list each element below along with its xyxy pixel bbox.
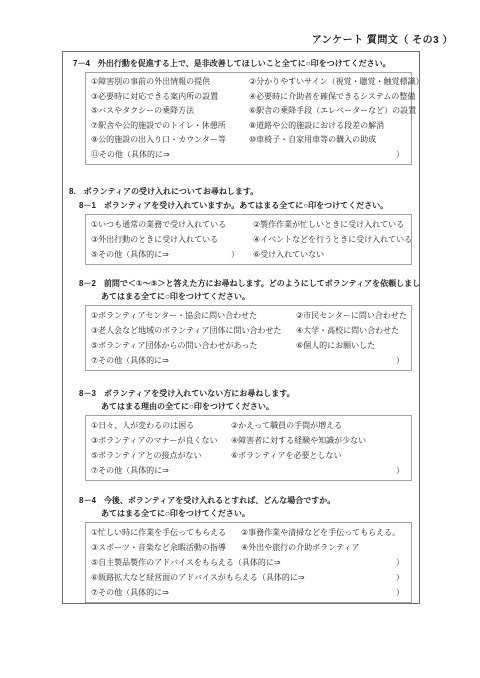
option-item: ④障害者に対する経験や知識が少ない	[231, 433, 406, 448]
option-row: ①忙しい時に作業を手伝ってもらえる ②事務作業や清掃などを手伝ってもらえる。	[91, 525, 406, 540]
write-in-blank	[281, 555, 396, 570]
section-8-3: 8－3 ボランティアを受け入れていない方にお尋ねします。 あてはまる理由の全てに…	[63, 387, 419, 481]
option-item: ⑥販路拡大など経営面のアドバイスがもらえる（具体的に⇒	[91, 570, 305, 585]
option-row: ①障害別の事前の外出情報の提供 ②分かりやすいサイン（視覚・聴覚・触覚標識）	[91, 75, 406, 90]
option-item: ⑥駅舎の乗降手段（エレベーターなど）の設置	[249, 104, 416, 119]
option-item: ②市民センターに問い合わせた	[296, 308, 407, 323]
option-row: ③必要時に対応できる案内所の設置 ④必要時に介助者を確保できるシステムの整備	[91, 90, 406, 105]
section-7-4: 7－4 外出行動を促進する上で、是非改善してほしいこと全てに○印をつけてください…	[63, 57, 419, 165]
close-paren: ）	[396, 555, 404, 570]
option-item: ④外出や旅行の介助ボランティア	[241, 540, 406, 555]
write-in-blank	[169, 585, 396, 600]
question-8-3-heading-line2: あてはまる理由の全てに○印をつけてください。	[101, 400, 419, 413]
option-item: ⑦駅舎や公的施設でのトイレ・休憩所	[91, 119, 249, 134]
option-item: ②製作作業が忙しいときに受け入れている	[253, 217, 406, 232]
option-item: ⑧道路や公的施設における段差の解消	[249, 119, 406, 134]
question-8-1-options-box: ①いつも通常の業務で受け入れている ②製作作業が忙しいときに受け入れている ③外…	[85, 214, 412, 265]
option-item: ⑤その他（具体的に⇒	[91, 247, 169, 262]
option-row-other: ⑦その他（具体的に⇒ ）	[91, 353, 406, 368]
write-in-blank	[169, 353, 396, 368]
option-item: ②事務作業や清掃などを手伝ってもらえる。	[241, 525, 406, 540]
option-row: ③ボランティアのマナーが良くない ④障害者に対する経験や知識が少ない	[91, 433, 406, 448]
question-8-2-heading-line1: 8－2 前問で＜①～⑤＞と答えた方にお尋ねします。どのようにしてボランティアを依…	[79, 277, 419, 290]
close-paren: ）	[396, 148, 404, 163]
option-row: ①いつも通常の業務で受け入れている ②製作作業が忙しいときに受け入れている	[91, 217, 406, 232]
question-8-3-heading-line1: 8－3 ボランティアを受け入れていない方にお尋ねします。	[79, 387, 419, 400]
question-8-2-heading-line2: あてはまる全てに○印をつけてください。	[101, 290, 419, 303]
close-paren: ）	[231, 247, 239, 262]
option-item-with-blank: ⑤その他（具体的に⇒ ）	[91, 247, 253, 262]
option-item: ①忙しい時に作業を手伝ってもらえる	[91, 525, 241, 540]
option-item: ⑥受け入れていない	[253, 247, 406, 262]
close-paren: ）	[396, 570, 404, 585]
option-item: ⑦その他（具体的に⇒	[91, 585, 169, 600]
option-item: ⑤ボランティアとの接点がない	[91, 448, 231, 463]
question-8-3-options-box: ①日々、人が変わるのは困る ②かえって職員の手間が増える ③ボランティアのマナー…	[85, 415, 412, 481]
option-row: ①日々、人が変わるのは困る ②かえって職員の手間が増える	[91, 418, 406, 433]
option-item: ③ボランティアのマナーが良くない	[91, 433, 231, 448]
question-8-1-heading: 8－1 ボランティアを受け入れていますか。あてはまる全てに○印をつけてください。	[79, 199, 419, 212]
option-item: ⑤ボランティア団体からの問い合わせがあった	[91, 338, 296, 353]
option-row: ⑤ボランティア団体からの問い合わせがあった ⑥個人的にお願いした	[91, 338, 406, 353]
option-item: ⑥ボランティアを必要としない	[231, 448, 406, 463]
option-row: ⑨公的施設の出入り口・カウンター等 ⑩車椅子・自家用車等の購入の助成	[91, 133, 406, 148]
option-row: ⑤バスやタクシーの乗降方法 ⑥駅舎の乗降手段（エレベーターなど）の設置	[91, 104, 406, 119]
option-item: ⑦その他（具体的に⇒	[91, 463, 169, 478]
page-title: アンケート 質問文（ その3 ）	[0, 34, 480, 47]
option-item: ④イベントなどを行うときに受け入れている	[253, 232, 412, 247]
option-item: ③スポーツ・音楽など余暇活動の指導	[91, 540, 241, 555]
close-paren: ）	[396, 585, 404, 600]
question-8-2-options-box: ①ボランティアセンター・協会に問い合わせた ②市民センターに問い合わせた ③老人…	[85, 305, 412, 371]
close-paren: ）	[396, 353, 404, 368]
option-item: ②分かりやすいサイン（視覚・聴覚・触覚標識）	[249, 75, 420, 90]
section-8-4: 8－4 今後、ボランティアを受け入れるとすれば、どんな場合ですか。 あてはまる全…	[63, 494, 419, 603]
questionnaire-page: アンケート 質問文（ その3 ） 7－4 外出行動を促進する上で、是非改善してほ…	[0, 0, 480, 678]
option-item: ⑩車椅子・自家用車等の購入の助成	[249, 133, 406, 148]
option-item: ①日々、人が変わるのは困る	[91, 418, 231, 433]
option-item: ⑥個人的にお願いした	[296, 338, 406, 353]
option-row: ③外出行動のときに受け入れている ④イベントなどを行うときに受け入れている	[91, 232, 406, 247]
option-item: ③外出行動のときに受け入れている	[91, 232, 253, 247]
close-paren: ）	[396, 463, 404, 478]
option-row: ⑤ボランティアとの接点がない ⑥ボランティアを必要としない	[91, 448, 406, 463]
option-row-other: ⑦その他（具体的に⇒ ）	[91, 585, 406, 600]
option-item: ①ボランティアセンター・協会に問い合わせた	[91, 308, 296, 323]
section-8-2: 8－2 前問で＜①～⑤＞と答えた方にお尋ねします。どのようにしてボランティアを依…	[63, 277, 419, 371]
option-item: ⑤バスやタクシーの乗降方法	[91, 104, 249, 119]
question-8-4-heading-line1: 8－4 今後、ボランティアを受け入れるとすれば、どんな場合ですか。	[79, 494, 419, 507]
option-item: ③老人会など地域のボランティア団体に問い合わせた	[91, 323, 296, 338]
section-8: 8. ボランティアの受け入れについてお尋ねします。	[63, 185, 419, 198]
question-8-4-options-box: ①忙しい時に作業を手伝ってもらえる ②事務作業や清掃などを手伝ってもらえる。 ③…	[85, 522, 412, 603]
option-row: ③老人会など地域のボランティア団体に問い合わせた ④大学・高校に問い合わせた	[91, 323, 406, 338]
option-row: ③スポーツ・音楽など余暇活動の指導 ④外出や旅行の介助ボランティア	[91, 540, 406, 555]
option-item: ③必要時に対応できる案内所の設置	[91, 90, 249, 105]
option-item: ⑤自主製品製作のアドバイスをもらえる（具体的に⇒	[91, 555, 281, 570]
question-7-4-heading: 7－4 外出行動を促進する上で、是非改善してほしいこと全てに○印をつけてください…	[73, 57, 419, 70]
write-in-blank	[169, 463, 396, 478]
option-row-other: ⑥販路拡大など経営面のアドバイスがもらえる（具体的に⇒ ）	[91, 570, 406, 585]
question-8-heading: 8. ボランティアの受け入れについてお尋ねします。	[69, 185, 419, 198]
option-item: ⑪その他（具体的に⇒	[91, 148, 170, 163]
question-8-4-heading-line2: あてはまる全てに○印をつけてください。	[101, 507, 419, 520]
option-item: ⑨公的施設の出入り口・カウンター等	[91, 133, 249, 148]
option-item: ①障害別の事前の外出情報の提供	[91, 75, 249, 90]
section-8-1: 8－1 ボランティアを受け入れていますか。あてはまる全てに○印をつけてください。…	[63, 199, 419, 265]
write-in-blank	[170, 148, 396, 163]
option-item: ④大学・高校に問い合わせた	[296, 323, 406, 338]
questionnaire-frame: 7－4 外出行動を促進する上で、是非改善してほしいこと全てに○印をつけてください…	[62, 51, 420, 604]
option-item: ②かえって職員の手間が増える	[231, 418, 406, 433]
option-row-other: ⑤その他（具体的に⇒ ） ⑥受け入れていない	[91, 247, 406, 262]
option-item: ①いつも通常の業務で受け入れている	[91, 217, 253, 232]
option-row-other: ⑦その他（具体的に⇒ ）	[91, 463, 406, 478]
option-item: ④必要時に介助者を確保できるシステムの整備	[249, 90, 415, 105]
write-in-blank	[305, 570, 396, 585]
option-row-other: ⑤自主製品製作のアドバイスをもらえる（具体的に⇒ ）	[91, 555, 406, 570]
option-row: ①ボランティアセンター・協会に問い合わせた ②市民センターに問い合わせた	[91, 308, 406, 323]
option-row: ⑦駅舎や公的施設でのトイレ・休憩所 ⑧道路や公的施設における段差の解消	[91, 119, 406, 134]
question-7-4-options-box: ①障害別の事前の外出情報の提供 ②分かりやすいサイン（視覚・聴覚・触覚標識） ③…	[85, 72, 412, 165]
option-item: ⑦その他（具体的に⇒	[91, 353, 169, 368]
option-row-other: ⑪その他（具体的に⇒ ）	[91, 148, 406, 163]
